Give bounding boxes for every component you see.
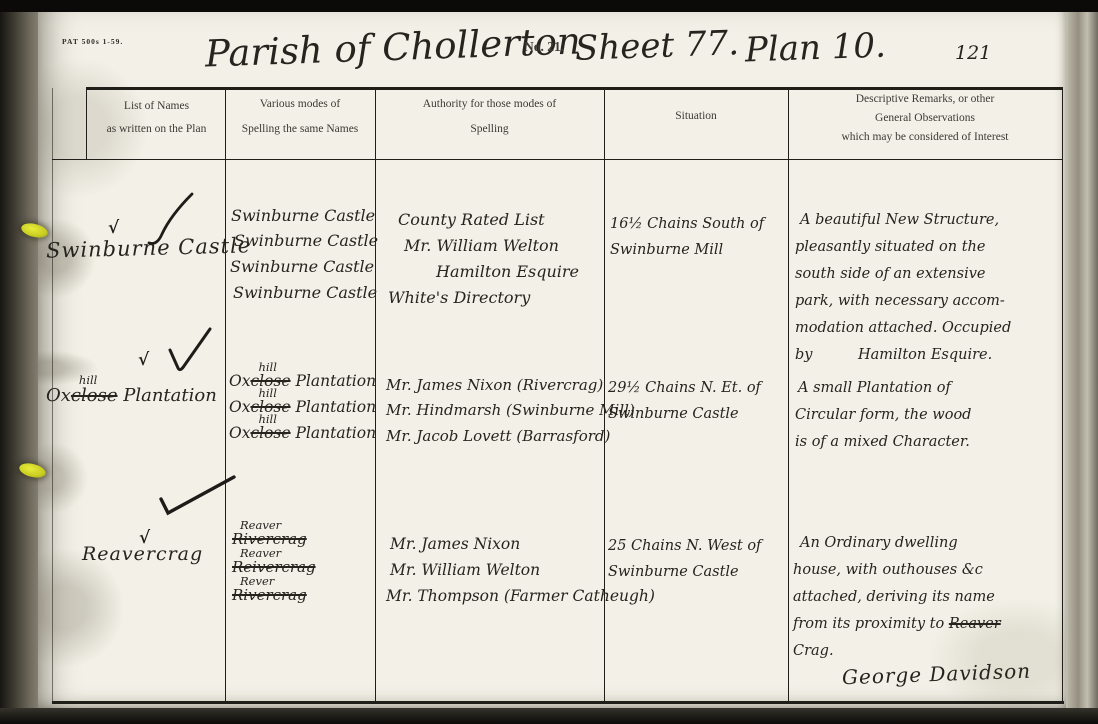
- row1-remarks-line: modation attached. Occupied: [795, 320, 1011, 336]
- row1-authority-line: White's Directory: [388, 288, 530, 307]
- row3-remarks-line: Crag.: [793, 643, 834, 659]
- row1-spelling-line: Swinburne Castle: [234, 231, 378, 250]
- row2-name-strike: close: [71, 385, 118, 406]
- column-header-authority: Spelling: [377, 123, 602, 135]
- column-header-remarks: General Observations: [790, 112, 1060, 124]
- spelling-post: Plantation: [291, 398, 377, 416]
- spelling-sup: Rever: [240, 574, 274, 588]
- row2-remarks-line: Circular form, the wood: [795, 407, 971, 423]
- remarks-pre: from its proximity to: [793, 616, 949, 632]
- column-divider: [225, 88, 226, 702]
- row1-spelling-line: Swinburne Castle: [233, 283, 377, 302]
- table-right-rule: [1062, 88, 1063, 702]
- column-header-authority: Authority for those modes of: [377, 98, 602, 110]
- row1-remarks-line: park, with necessary accom-: [795, 293, 1005, 309]
- spelling-correction: ReverRivercrag: [232, 586, 307, 604]
- row1-remarks-occupier: Hamilton Esquire.: [858, 347, 992, 363]
- spelling-sup: Reaver: [240, 518, 281, 532]
- row2-name-correction: hillclose: [71, 385, 118, 406]
- sheet-number-script: Sheet 77.: [574, 23, 739, 69]
- row2-name: Oxhillclose Plantation: [46, 385, 217, 406]
- row3-spelling-line: ReverRivercrag: [232, 586, 307, 604]
- spelling-pre: Ox: [229, 372, 250, 390]
- spelling-post: Plantation: [291, 424, 377, 442]
- row3-situation-line: Swinburne Castle: [608, 564, 739, 580]
- column-header-names: List of Names: [88, 100, 225, 112]
- row2-remarks-line: A small Plantation of: [798, 380, 951, 396]
- row1-remarks-line: south side of an extensive: [795, 266, 986, 282]
- spelling-strike: Rivercrag: [232, 586, 307, 604]
- row2-spelling-line: Oxhillclose Plantation: [229, 372, 376, 390]
- row2-authority-line: Mr. Hindmarsh (Swinburne Mill): [386, 401, 635, 419]
- column-divider: [375, 88, 376, 702]
- row3-situation-line: 25 Chains N. West of: [608, 538, 761, 554]
- column-header-names: as written on the Plan: [88, 123, 225, 135]
- row1-remarks-line: A beautiful New Structure,: [800, 212, 999, 228]
- row3-name: Reavercrag: [82, 543, 203, 565]
- checkmark-icon: √: [108, 218, 119, 238]
- row2-authority-line: Mr. Jacob Lovett (Barrasford): [386, 427, 610, 445]
- column-divider: [604, 88, 605, 702]
- spelling-pre: Ox: [229, 398, 250, 416]
- number-printed: No. 21.: [524, 39, 564, 55]
- row1-situation-line: Swinburne Mill: [610, 242, 723, 258]
- book-edge-top: [0, 0, 1098, 12]
- spelling-post: Plantation: [291, 372, 377, 390]
- row3-remarks-line: house, with outhouses &c: [793, 562, 983, 578]
- spelling-sup: hill: [258, 360, 276, 374]
- row3-authority-line: Mr. Thompson (Farmer Catheugh): [386, 587, 655, 605]
- book-edge-bottom: [0, 708, 1098, 724]
- remarks-strike: Reaver: [949, 616, 1001, 632]
- row3-remarks-line: attached, deriving its name: [793, 589, 995, 605]
- row3-authority-line: Mr. James Nixon: [390, 535, 520, 553]
- column-divider: [788, 88, 789, 702]
- table-bottom-rule: [52, 701, 1064, 704]
- row2-spelling-line: Oxhillclose Plantation: [229, 398, 376, 416]
- page-number: 121: [955, 42, 991, 64]
- spelling-sup: hill: [258, 386, 276, 400]
- row1-situation-line: 16½ Chains South of: [610, 216, 764, 232]
- table-header-rule: [52, 159, 1063, 160]
- row2-name-sup: hill: [79, 373, 97, 387]
- row1-authority-line: Hamilton Esquire: [436, 262, 579, 281]
- row1-authority-line: County Rated List: [398, 210, 545, 229]
- row2-name-pre: Ox: [46, 385, 71, 406]
- column-header-remarks: Descriptive Remarks, or other: [790, 93, 1060, 105]
- column-header-remarks: which may be considered of Interest: [790, 131, 1060, 143]
- spelling-sup: Reaver: [240, 546, 281, 560]
- checkmark-icon: √: [138, 350, 149, 370]
- table-top-rule: [86, 87, 1063, 90]
- row3-authority-line: Mr. William Welton: [390, 561, 540, 579]
- column-header-spelling-modes: Various modes of: [227, 98, 373, 110]
- row2-authority-line: Mr. James Nixon (Rivercrag): [386, 376, 603, 394]
- column-header-situation: Situation: [606, 110, 786, 122]
- form-reference: PAT 500s 1-59.: [62, 37, 123, 46]
- row3-remarks-line: An Ordinary dwelling: [800, 535, 958, 551]
- row2-situation-line: 29½ Chains N. Et. of: [608, 380, 761, 396]
- row3-remarks-line: from its proximity to Reaver: [793, 616, 1001, 632]
- row1-remarks-line: by: [795, 347, 812, 363]
- row2-situation-line: Swinburne Castle: [608, 406, 739, 422]
- spelling-correction: hillclose: [250, 424, 290, 442]
- row2-name-post: Plantation: [118, 385, 217, 406]
- column-header-spelling-modes: Spelling the same Names: [227, 123, 373, 135]
- row1-authority-line: Mr. William Welton: [404, 236, 559, 255]
- spelling-pre: Ox: [229, 424, 250, 442]
- spelling-strike: close: [250, 424, 290, 442]
- row1-spelling-line: Swinburne Castle: [230, 257, 374, 276]
- scanned-name-book-page: PAT 500s 1-59. Parish of Chollerton No. …: [0, 0, 1098, 724]
- row2-remarks-line: is of a mixed Character.: [795, 434, 970, 450]
- page-stack-edge: [1062, 0, 1098, 724]
- spelling-sup: hill: [258, 412, 276, 426]
- row2-spelling-line: Oxhillclose Plantation: [229, 424, 376, 442]
- row1-remarks-line: pleasantly situated on the: [795, 239, 985, 255]
- plan-number-script: Plan 10.: [744, 26, 886, 71]
- row1-spelling-line: Swinburne Castle: [231, 206, 375, 225]
